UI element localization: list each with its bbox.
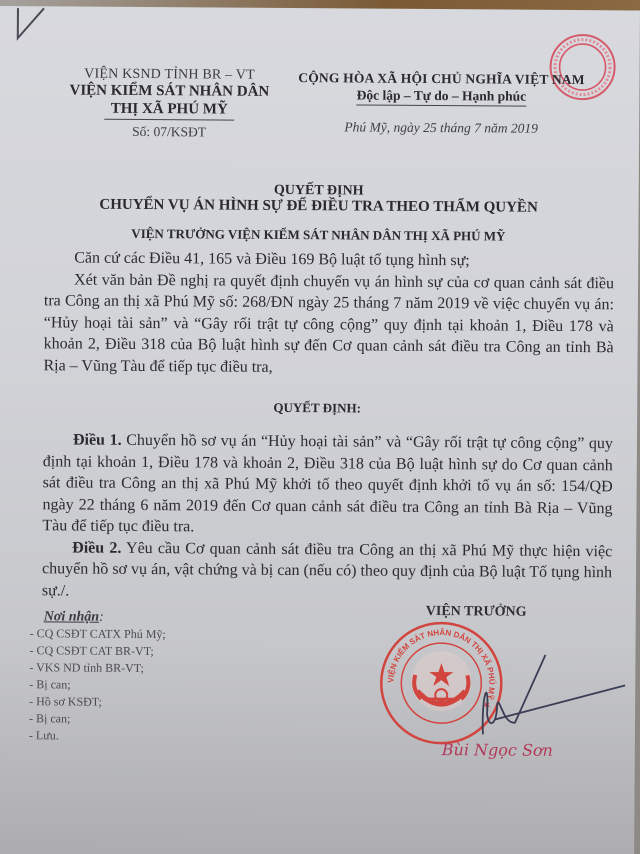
preamble: Căn cứ các Điều 41, 165 và Điều 169 Bộ l… xyxy=(43,247,614,380)
document-number: Số: 07/KSĐT xyxy=(49,123,289,141)
document-subject: CHUYỂN VỤ ÁN HÌNH SỰ ĐỂ ĐIỀU TRA THEO TH… xyxy=(0,196,639,217)
recipient-item: - Bị can; xyxy=(29,710,165,728)
consideration-paragraph: Xét văn bản Đề nghị ra quyết định chuyển… xyxy=(43,269,614,380)
national-header: CỘNG HÒA XÃ HỘI CHỦ NGHĨA VIỆT NAM Độc l… xyxy=(271,70,611,137)
recipient-item: - CQ CSĐT CATX Phú Mỹ; xyxy=(30,625,166,643)
article-1: Điều 1. Chuyển hồ sơ vụ án “Hủy hoại tài… xyxy=(42,429,613,540)
handwritten-signature xyxy=(475,634,626,745)
article-text: Chuyển hồ sơ vụ án “Hủy hoại tài sản” và… xyxy=(42,432,613,536)
issuer-title: VIỆN TRƯỞNG VIỆN KIỂM SÁT NHÂN DÂN THỊ X… xyxy=(0,225,638,245)
issuing-agency-header: VIỆN KSND TỈNH BR – VT VIỆN KIỂM SÁT NHÂ… xyxy=(49,66,290,141)
recipient-item: - Lưu. xyxy=(29,727,165,745)
document-page: VIỆN KSND TỈNH BR – VT VIỆN KIỂM SÁT NHÂ… xyxy=(0,6,640,854)
recipient-item: - Hồ sơ KSĐT; xyxy=(29,693,165,711)
agency-name: VIỆN KIỂM SÁT NHÂN DÂN xyxy=(49,82,289,101)
decision-heading: QUYẾT ĐỊNH: xyxy=(0,398,637,418)
country-name: CỘNG HÒA XÃ HỘI CHỦ NGHĨA VIỆT NAM xyxy=(271,70,611,88)
recipients-heading: Nơi nhận xyxy=(44,609,99,624)
article-label: Điều 2. xyxy=(72,539,121,556)
recipient-item: - VKS ND tỉnh BR-VT; xyxy=(29,659,165,677)
articles: Điều 1. Chuyển hồ sơ vụ án “Hủy hoại tài… xyxy=(42,429,613,605)
recipients-list: Nơi nhận: - CQ CSĐT CATX Phú Mỹ; - CQ CS… xyxy=(29,608,166,745)
article-label: Điều 1. xyxy=(73,432,122,449)
article-2: Điều 2. Yêu cầu Cơ quan cảnh sát điều tr… xyxy=(42,537,612,605)
recipient-item: - CQ CSĐT CAT BR-VT; xyxy=(29,642,165,660)
pen-check-mark-icon xyxy=(6,6,46,46)
signer-name: Bùi Ngọc Sơn xyxy=(442,740,553,760)
article-text: Yêu cầu Cơ quan cảnh sát điều tra Công a… xyxy=(42,539,612,599)
provincial-agency: VIỆN KSND TỈNH BR – VT xyxy=(49,66,289,84)
place-date: Phú Mỹ, ngày 25 tháng 7 năm 2019 xyxy=(271,119,611,137)
recipient-item: - Bị can; xyxy=(29,676,165,694)
agency-locality: THỊ XÃ PHÚ MỸ xyxy=(105,101,234,121)
national-motto: Độc lập – Tự do – Hạnh phúc xyxy=(357,87,527,106)
